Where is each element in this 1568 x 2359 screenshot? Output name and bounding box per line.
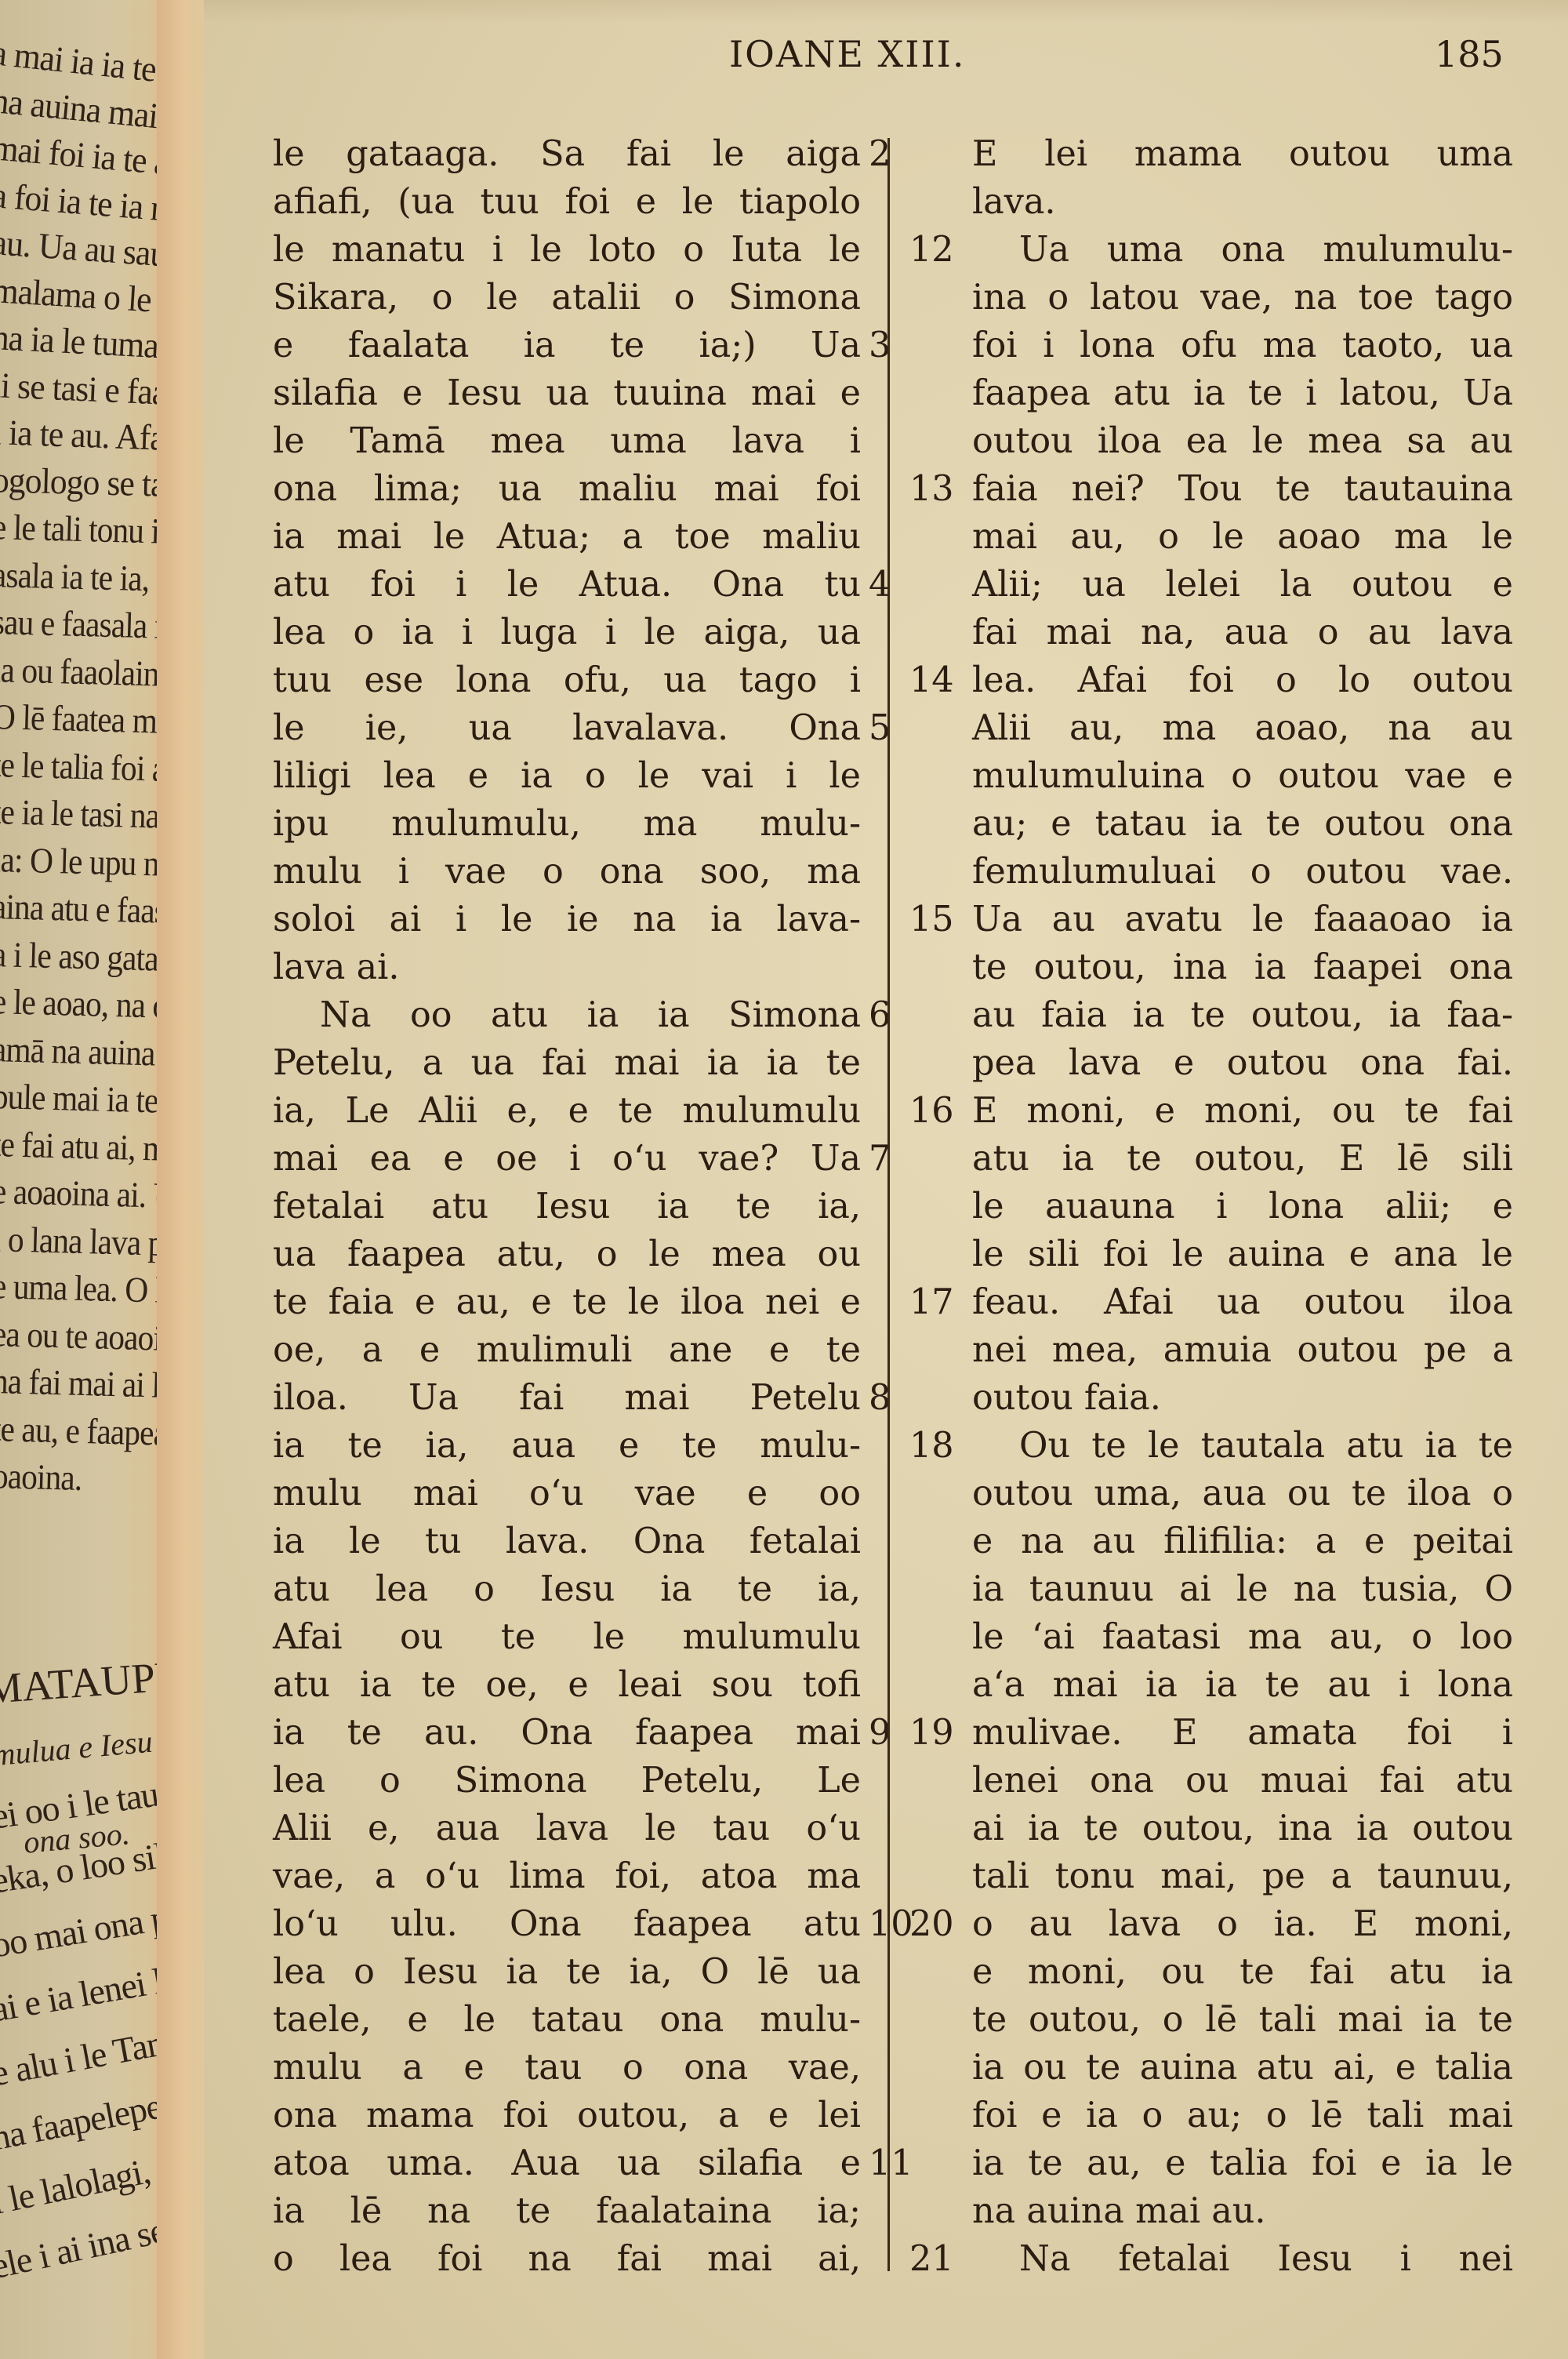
text-line: atu ia te outou, E lē sili [909, 1135, 1568, 1183]
line-text: lava. [972, 178, 1513, 226]
line-text: na auina mai au. [972, 2187, 1513, 2235]
line-text: Ou te le tautala atu ia te [972, 1422, 1513, 1470]
line-text: le auauna i lona alii; e [972, 1183, 1513, 1230]
text-line: iloa. Ua fai mai Petelu8 [273, 1374, 924, 1422]
text-line: au faia ia te outou, ia faa- [909, 991, 1568, 1039]
verse-number [909, 513, 972, 561]
verse-number [909, 704, 972, 752]
text-line: liligi lea e ia o le vai i le [273, 752, 924, 800]
text-line: mulu mai o‘u vae e oo [273, 1470, 924, 1518]
text-line: ia te au, e talia foi e ia le [909, 2139, 1568, 2187]
text-line: 14lea. Afai foi o lo outou [909, 656, 1568, 704]
text-line: au; e tatau ia te outou ona [909, 800, 1568, 848]
text-line: outou iloa ea le mea sa au [909, 417, 1568, 465]
line-text: feau. Afai ua outou iloa [972, 1278, 1513, 1326]
left-page-line: pule mai ia te au [0, 1075, 172, 1122]
verse-number [909, 943, 972, 991]
verse-number [909, 1805, 972, 1852]
text-line: Petelu, a ua fai mai ia ia te [273, 1039, 924, 1087]
text-line: lea o ia i luga i le aiga, ua [273, 609, 924, 656]
text-line: outou uma, aua ou te iloa o [909, 1470, 1568, 1518]
verse-number [909, 848, 972, 896]
line-text: tali tonu mai, pe a taunuu, [972, 1852, 1513, 1900]
text-line: te faia e au, e te le iloa nei e [273, 1278, 924, 1326]
text-line: le ‘ai faatasi ma au, o loo [909, 1613, 1568, 1661]
line-text: ia taunuu ai le na tusia, O [972, 1565, 1513, 1613]
text-line: ona lima; ua maliu mai foi [273, 465, 924, 513]
line-text: mulu i vae o ona soo, ma [273, 848, 861, 896]
line-text: ia ou te auina atu ai, e talia [972, 2044, 1513, 2092]
left-page-chapter-heading: MATAUPU XIII. [0, 1645, 172, 1714]
right-page: IOANE XIII. 185 le gataaga. Sa fai le ai… [204, 0, 1568, 2359]
line-text: ona lima; ua maliu mai foi [273, 465, 861, 513]
line-text: o au lava o ia. E moni, [972, 1900, 1513, 1948]
verse-number [909, 1852, 972, 1900]
verse-number [909, 1470, 972, 1518]
left-page-line: i ia te au. Afai [0, 411, 172, 459]
text-line: Sikara, o le atalii o Simona [273, 274, 924, 322]
line-text: outou iloa ea le mea sa au [972, 417, 1513, 465]
left-page-line: aina atu e faasala [0, 885, 172, 932]
verse-number: 20 [909, 1900, 972, 1948]
line-text: nei mea, amuia outou pe a [972, 1326, 1513, 1374]
text-line: 12Ua uma ona mulumulu- [909, 226, 1568, 274]
verse-number [909, 178, 972, 226]
text-line: ia taunuu ai le na tusia, O [909, 1565, 1568, 1613]
text-line: ona mama foi outou, a e lei [273, 2092, 924, 2139]
verse-number: 21 [909, 2235, 972, 2283]
running-head: IOANE XIII. [729, 33, 965, 75]
verse-number [909, 2044, 972, 2092]
left-page-line: te le talia foi au [0, 743, 172, 790]
text-line: lo‘u ulu. Ona faapea atu10 [273, 1900, 924, 1948]
line-text: le sili foi le auina e ana le [972, 1230, 1513, 1278]
text-line: ia te ia, aua e te mulu- [273, 1422, 924, 1470]
column-divider [887, 138, 890, 2271]
page-number: 185 [1435, 33, 1504, 75]
verse-number: 17 [909, 1278, 972, 1326]
verse-number: 19 [909, 1709, 972, 1757]
line-text: Ua uma ona mulumulu- [972, 226, 1513, 274]
line-text: atu foi i le Atua. Ona tu [273, 561, 861, 609]
line-text: Alii au, ma aoao, na au [972, 704, 1513, 752]
text-line: atoa uma. Aua ua silafia e11 [273, 2139, 924, 2187]
left-page-summary: mulua e Iesu o vae o [0, 1714, 172, 1774]
line-text: Sikara, o le atalii o Simona [273, 274, 861, 322]
left-page-line: asala ia te ia, aua [0, 554, 172, 601]
left-page-line: a i le aso gataaga [0, 933, 172, 980]
right-text-column: E lei mama outou umalava.12Ua uma ona mu… [909, 130, 1568, 2283]
line-text: E moni, e moni, ou te fai [972, 1087, 1513, 1135]
line-text: lo‘u ulu. Ona faapea atu [273, 1900, 861, 1948]
line-text: silafia e Iesu ua tuuina mai e [273, 369, 861, 417]
text-line: e moni, ou te fai atu ia [909, 1948, 1568, 1996]
text-line: ia lē na te faalataina ia; [273, 2187, 924, 2235]
verse-number [909, 1039, 972, 1087]
text-line: 17feau. Afai ua outou iloa [909, 1278, 1568, 1326]
text-line: mulu a e tau o ona vae, [273, 2044, 924, 2092]
text-line: te outou, ina ia faapei ona [909, 943, 1568, 991]
text-line: lava. [909, 178, 1568, 226]
left-page-line: te ia le tasi na te [0, 791, 172, 838]
text-line: te outou, o lē tali mai ia te [909, 1996, 1568, 2044]
line-text: oe, a e mulimuli ane e te [273, 1326, 861, 1374]
left-page-fragment: a mai ia ia te au,na auina mai au.mai fo… [0, 0, 172, 2359]
text-line: lea o Simona Petelu, Le [273, 1757, 924, 1805]
verse-number: 16 [909, 1087, 972, 1135]
text-line: nei mea, amuia outou pe a [909, 1326, 1568, 1374]
text-line: atu foi i le Atua. Ona tu4 [273, 561, 924, 609]
line-text: e moni, ou te fai atu ia [972, 1948, 1513, 1996]
line-text: Afai ou te le mulumulu [273, 1613, 861, 1661]
left-page-line: O lē faatea mai ia [0, 696, 172, 743]
verse-number [909, 1326, 972, 1374]
line-text: ona mama foi outou, a e lei [273, 2092, 861, 2139]
verse-number [909, 561, 972, 609]
text-line: o lea foi na fai mai ai, [273, 2235, 924, 2283]
line-text: mai ea e oe i o‘u vae? Ua [273, 1135, 861, 1183]
left-page-line: ea ou te aoaoina [0, 1313, 172, 1360]
verse-number [909, 1661, 972, 1709]
line-text: Petelu, a ua fai mai ia ia te [273, 1039, 861, 1087]
left-page-line: e uma lea. O le [0, 1265, 172, 1311]
text-line: ina o latou vae, na toe tago [909, 274, 1568, 322]
text-line: vae, a o‘u lima foi, atoa ma [273, 1852, 924, 1900]
left-page-line: a foi ia te ia na [0, 174, 172, 231]
line-text: le manatu i le loto o Iuta le [273, 226, 861, 274]
line-text: e faalata ia te ia;) Ua [273, 322, 861, 369]
left-page-line: sau e faasala i le [0, 601, 172, 648]
line-text: liligi lea e ia o le vai i le [273, 752, 861, 800]
line-text: lea o ia i luga i le aiga, ua [273, 609, 861, 656]
text-line: faapea atu ia te i latou, Ua [909, 369, 1568, 417]
text-line: Afai ou te le mulumulu [273, 1613, 924, 1661]
line-text: ia te ia, aua e te mulu- [273, 1422, 861, 1470]
verse-number [909, 1135, 972, 1183]
line-text: ua faapea atu, o le mea ou [273, 1230, 861, 1278]
text-line: afiafi, (ua tuu foi e le tiapolo [273, 178, 924, 226]
line-text: a‘a mai ia ia te au i lona [972, 1661, 1513, 1709]
text-line: outou faia. [909, 1374, 1568, 1422]
line-text: mulumuluina o outou vae e [972, 752, 1513, 800]
line-text: te outou, ina ia faapei ona [972, 943, 1513, 991]
text-line: le ie, ua lavalava. Ona5 [273, 704, 924, 752]
text-line: femulumuluai o outou vae. [909, 848, 1568, 896]
left-page-line: amā na auina mai [0, 1028, 172, 1075]
text-line: a‘a mai ia ia te au i lona [909, 1661, 1568, 1709]
line-text: pea lava e outou ona fai. [972, 1039, 1513, 1087]
line-text: atu ia te oe, e leai sou tofi [273, 1661, 861, 1709]
text-line: Alii e, aua lava le tau o‘u [273, 1805, 924, 1852]
line-text: faia nei? Tou te tautauina [972, 465, 1513, 513]
line-text: atu ia te outou, E lē sili [972, 1135, 1513, 1183]
verse-number [909, 2187, 972, 2235]
text-line: taele, e le tatau ona mulu- [273, 1996, 924, 2044]
verse-number [909, 2092, 972, 2139]
verse-number: 14 [909, 656, 972, 704]
line-text: le Tamā mea uma lava i [273, 417, 861, 465]
left-page-line: au. Ua au sau [0, 221, 168, 274]
text-line: le manatu i le loto o Iuta le [273, 226, 924, 274]
line-text: au; e tatau ia te outou ona [972, 800, 1513, 848]
text-line: ia le tu lava. Ona fetalai [273, 1518, 924, 1565]
page-top-shadow [204, 0, 1568, 24]
line-text: mulu mai o‘u vae e oo [273, 1470, 861, 1518]
line-text: Ua au avatu le faaaoao ia [972, 896, 1513, 943]
left-page-line: e aoaoina ai. Ua [0, 1170, 172, 1217]
left-page-line: malama o le lalo [0, 269, 172, 324]
line-text: lava ai. [273, 943, 861, 991]
text-line: 20o au lava o ia. E moni, [909, 1900, 1568, 1948]
text-line: Na oo atu ia ia Simona6 [273, 991, 924, 1039]
text-line: tali tonu mai, pe a taunuu, [909, 1852, 1568, 1900]
left-text-column: le gataaga. Sa fai le aiga2afiafi, (ua t… [273, 130, 924, 2283]
text-line: 21Na fetalai Iesu i nei [909, 2235, 1568, 2283]
line-text: taele, e le tatau ona mulu- [273, 1996, 861, 2044]
verse-number [909, 130, 972, 178]
line-text: atu lea o Iesu ia te ia, [273, 1565, 861, 1613]
text-line: atu lea o Iesu ia te ia, [273, 1565, 924, 1613]
verse-number [909, 1374, 972, 1422]
left-page-line: ai e ia lenei lalo [0, 1953, 172, 2030]
verse-number: 12 [909, 226, 972, 274]
line-text: Na fetalai Iesu i nei [972, 2235, 1513, 2283]
text-line: ia mai le Atua; a toe maliu [273, 513, 924, 561]
line-text: mai au, o le aoao ma le [972, 513, 1513, 561]
line-text: ia, Le Alii e, e te mulumulu [273, 1087, 861, 1135]
text-line: le sili foi le auina e ana le [909, 1230, 1568, 1278]
text-line: tuu ese lona ofu, ua tago i [273, 656, 924, 704]
text-line: 19mulivae. E amata foi i [909, 1709, 1568, 1757]
line-text: lea o Iesu ia te ia, O lē ua [273, 1948, 861, 1996]
text-line: 15Ua au avatu le faaaoao ia [909, 896, 1568, 943]
text-line: ipu mulumulu, ma mulu- [273, 800, 924, 848]
line-text: au faia ia te outou, ia faa- [972, 991, 1513, 1039]
line-text: faapea atu ia te i latou, Ua [972, 369, 1513, 417]
line-text: ia mai le Atua; a toe maliu [273, 513, 861, 561]
line-text: foi e ia o au; o lē tali mai [972, 2092, 1513, 2139]
text-line: mulumuluina o outou vae e [909, 752, 1568, 800]
verse-number: 18 [909, 1422, 972, 1470]
left-page-line: oaoina. [0, 1455, 82, 1499]
text-line: 13faia nei? Tou te tautauina [909, 465, 1568, 513]
text-line: oe, a e mulimuli ane e te [273, 1326, 924, 1374]
line-text: ipu mulumulu, ma mulu- [273, 800, 861, 848]
text-line: mulu i vae o ona soo, ma [273, 848, 924, 896]
line-text: Alii; ua lelei la outou e [972, 561, 1513, 609]
text-line: mai au, o le aoao ma le [909, 513, 1568, 561]
text-line: le gataaga. Sa fai le aiga2 [273, 130, 924, 178]
text-line: mai ea e oe i o‘u vae? Ua7 [273, 1135, 924, 1183]
line-text: Alii e, aua lava le tau o‘u [273, 1805, 861, 1852]
verse-number [909, 2139, 972, 2187]
line-text: le ie, ua lavalava. Ona [273, 704, 861, 752]
left-page-line: te au, e faapea fo [0, 1408, 172, 1455]
verse-number [909, 1757, 972, 1805]
line-text: ai ia te outou, ina ia outou [972, 1805, 1513, 1852]
text-line: na auina mai au. [909, 2187, 1568, 2235]
verse-number: 15 [909, 896, 972, 943]
left-page-line: ia ou faaolaina le [0, 649, 172, 696]
text-line: Alii au, ma aoao, na au [909, 704, 1568, 752]
text-line: 16E moni, e moni, ou te fai [909, 1087, 1568, 1135]
text-line: fai mai na, aua o au lava [909, 609, 1568, 656]
text-line: foi i lona ofu ma taoto, ua [909, 322, 1568, 369]
line-text: ia le tu lava. Ona fetalai [273, 1518, 861, 1565]
line-text: fai mai na, aua o au lava [972, 609, 1513, 656]
text-line: soloi ai i le ie na ia lava- [273, 896, 924, 943]
line-text: le gataaga. Sa fai le aiga [273, 130, 861, 178]
verse-number [909, 417, 972, 465]
line-text: outou uma, aua ou te iloa o [972, 1470, 1513, 1518]
line-text: afiafi, (ua tuu foi e le tiapolo [273, 178, 861, 226]
verse-number: 13 [909, 465, 972, 513]
line-text: ia lē na te faalataina ia; [273, 2187, 861, 2235]
text-line: ai ia te outou, ina ia outou [909, 1805, 1568, 1852]
left-page-line: te fai atu ai, ma [0, 1123, 172, 1169]
line-text: iloa. Ua fai mai Petelu [273, 1374, 861, 1422]
verse-number [909, 274, 972, 322]
verse-number [909, 322, 972, 369]
text-line: ia te au. Ona faapea mai9 [273, 1709, 924, 1757]
text-line: lava ai. [273, 943, 924, 991]
line-text: outou faia. [972, 1374, 1513, 1422]
line-text: lea o Simona Petelu, Le [273, 1757, 861, 1805]
left-page-line: na ia le tumau pea [0, 316, 172, 370]
verse-number [909, 991, 972, 1039]
text-line: foi e ia o au; o lē tali mai [909, 2092, 1568, 2139]
text-line: ia ou te auina atu ai, e talia [909, 2044, 1568, 2092]
verse-number [909, 1183, 972, 1230]
line-text: ina o latou vae, na toe tago [972, 274, 1513, 322]
line-text: foi i lona ofu ma taoto, ua [972, 322, 1513, 369]
text-line: le Tamā mea uma lava i [273, 417, 924, 465]
line-text: lenei ona ou muai fai atu [972, 1757, 1513, 1805]
text-line: e na au filifilia: a e peitai [909, 1518, 1568, 1565]
line-text: vae, a o‘u lima foi, atoa ma [273, 1852, 861, 1900]
text-line: 18Ou te le tautala atu ia te [909, 1422, 1568, 1470]
text-line: atu ia te oe, e leai sou tofi [273, 1661, 924, 1709]
verse-number [909, 369, 972, 417]
left-page-line: ia: O le upu na [0, 838, 172, 885]
verse-number [909, 609, 972, 656]
left-page-line: e alu i le Tamā [0, 2018, 172, 2095]
text-line: pea lava e outou ona fai. [909, 1039, 1568, 1087]
text-line: silafia e Iesu ua tuuina mai e [273, 369, 924, 417]
verse-number [909, 1948, 972, 1996]
line-text: atoa uma. Aua ua silafia e [273, 2139, 861, 2187]
text-line: e faalata ia te ia;) Ua3 [273, 322, 924, 369]
line-text: te outou, o lē tali mai ia te [972, 1996, 1513, 2044]
line-text: mulivae. E amata foi i [972, 1709, 1513, 1757]
line-text: ia te au, e talia foi e ia le [972, 2139, 1513, 2187]
left-page-line: e le aoao, na o au [0, 980, 172, 1027]
line-text: femulumuluai o outou vae. [972, 848, 1513, 896]
left-page-line: e le tali tonu i oia [0, 506, 172, 553]
verse-number [909, 1613, 972, 1661]
line-text: tuu ese lona ofu, ua tago i [273, 656, 861, 704]
line-text: E lei mama outou uma [972, 130, 1513, 178]
line-text: te faia e au, e te le iloa nei e [273, 1278, 861, 1326]
verse-number [909, 1230, 972, 1278]
text-line: le auauna i lona alii; e [909, 1183, 1568, 1230]
line-text: lea. Afai foi o lo outou [972, 656, 1513, 704]
text-line: Alii; ua lelei la outou e [909, 561, 1568, 609]
line-text: o lea foi na fai mai ai, [273, 2235, 861, 2283]
line-text: mulu a e tau o ona vae, [273, 2044, 861, 2092]
verse-number [909, 1996, 972, 2044]
left-page-line: li se tasi e faa [0, 364, 168, 413]
line-text: fetalai atu Iesu ia te ia, [273, 1183, 861, 1230]
text-line: ua faapea atu, o le mea ou [273, 1230, 924, 1278]
line-text: ia te au. Ona faapea mai [273, 1709, 861, 1757]
left-page-line: na fai mai ai le [0, 1360, 172, 1406]
line-text: le ‘ai faatasi ma au, o loo [972, 1613, 1513, 1661]
text-line: E lei mama outou uma [909, 130, 1568, 178]
left-page-line: i o lana lava pule [0, 1218, 172, 1265]
line-text: Na oo atu ia ia Simona [273, 991, 861, 1039]
left-page-line: ogologo se tasi i [0, 459, 172, 506]
verse-number [909, 752, 972, 800]
text-line: lea o Iesu ia te ia, O lē ua [273, 1948, 924, 1996]
text-line: fetalai atu Iesu ia te ia, [273, 1183, 924, 1230]
verse-number [909, 1565, 972, 1613]
line-text: soloi ai i le ie na ia lava- [273, 896, 861, 943]
verse-number [909, 800, 972, 848]
verse-number [909, 1518, 972, 1565]
text-line: lenei ona ou muai fai atu [909, 1757, 1568, 1805]
text-line: ia, Le Alii e, e te mulumulu [273, 1087, 924, 1135]
line-text: e na au filifilia: a e peitai [972, 1518, 1513, 1565]
